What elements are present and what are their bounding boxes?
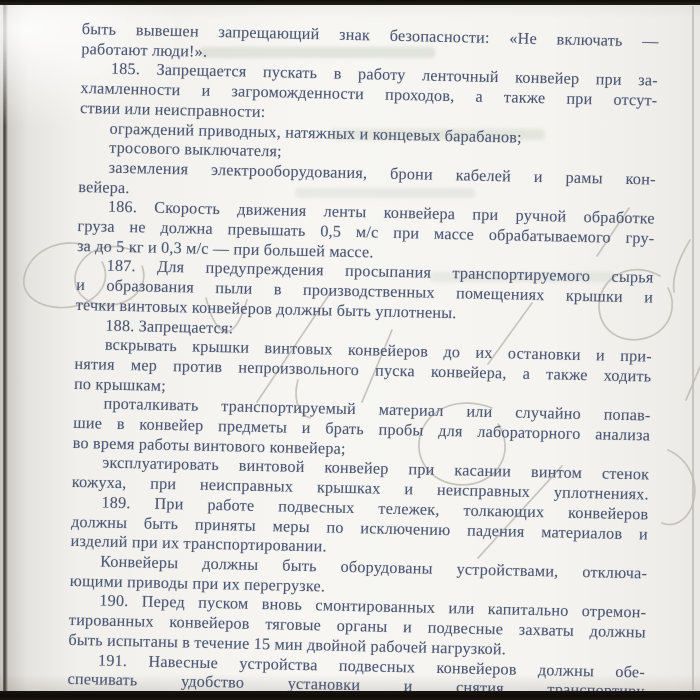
page-text-block: быть вывешен запрещающий знак безопаснос… xyxy=(67,20,658,700)
photo-top-edge xyxy=(0,0,700,5)
scanned-document-page: быть вывешен запрещающий знак безопаснос… xyxy=(0,0,700,700)
photo-bottom-edge xyxy=(0,691,700,700)
